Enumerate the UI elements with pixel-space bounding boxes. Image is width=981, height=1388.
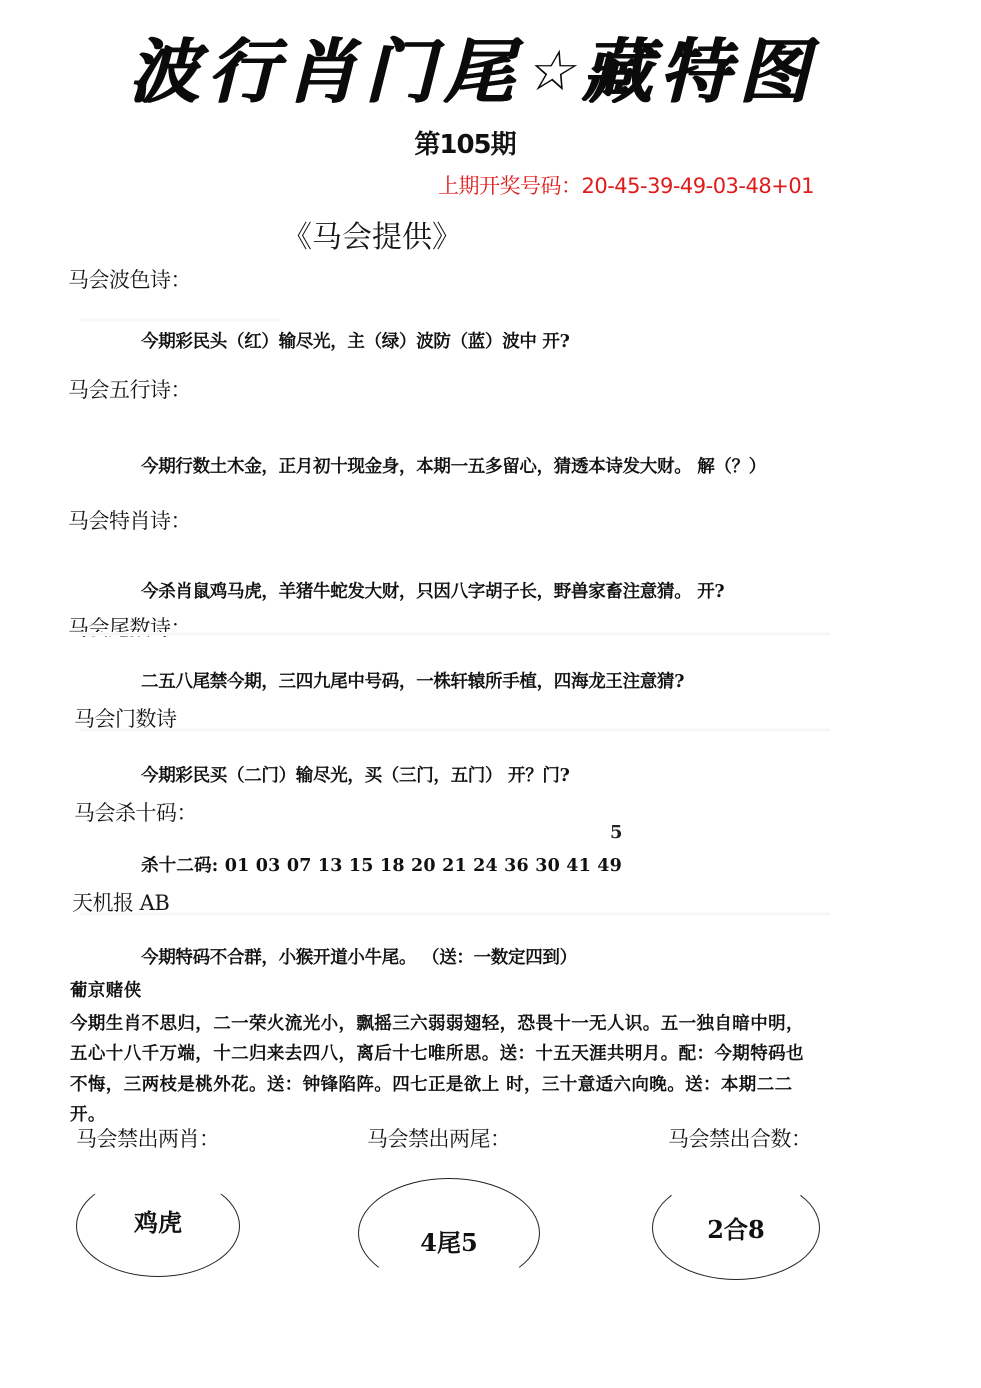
title-char: 藏 xyxy=(579,37,666,107)
forbidden-sum-label: 马会禁出合数： xyxy=(668,1123,812,1153)
five-elements-label: 马会五行诗： xyxy=(68,374,191,404)
tail-number-poem: 二五八尾禁今期，三四九尾中号码，一株轩辕所手植，四海龙王注意猜? xyxy=(141,668,684,693)
special-zodiac-label: 马会特肖诗： xyxy=(68,505,191,535)
tail-number-label: 马会尾数诗： xyxy=(68,612,191,642)
last-draw-numbers: 上期开奖号码：20-45-39-49-03-48+01 xyxy=(438,170,814,200)
scan-artifact xyxy=(80,912,830,916)
stray-mark: 5 xyxy=(610,822,623,843)
kill-ten-label: 马会杀十码： xyxy=(74,797,197,827)
title-char: 波 xyxy=(126,37,213,107)
wave-color-poem: 今期彩民头（红）输尽光，主（绿）波防（蓝）波中 开? xyxy=(141,328,570,353)
pujing-line: 不悔，三两枝是桃外花。送：钟锋陷阵。四七正是欲上 时，三十意适六向晚。送：本期二… xyxy=(70,1071,793,1096)
kill-twelve-numbers: 杀十二码: 01 03 07 13 15 18 20 21 24 36 30 4… xyxy=(141,852,622,877)
pujing-label: 葡京赌侠 xyxy=(70,977,142,1002)
pujing-line: 今期生肖不思归，二一荣火流光小，飘摇三六弱弱翅轻，恐畏十一无人识。五一独自暗中明… xyxy=(70,1010,804,1035)
title-char: 特 xyxy=(658,37,745,107)
pujing-line: 五心十八千万端，十二归来去四八，离后十七唯所思。送：十五天涯共明月。配：今期特码… xyxy=(70,1040,804,1065)
wave-color-label: 马会波色诗： xyxy=(68,264,191,294)
scan-artifact xyxy=(80,728,830,732)
star-icon: ☆ xyxy=(522,44,586,100)
five-elements-poem: 今期行数土木金，正月初十现金身，本期一五多留心，猜透本诗发大财。 解（？） xyxy=(141,453,766,478)
special-zodiac-poem: 今杀肖鼠鸡马虎，羊猪牛蛇发大财，只因八字胡子长，野兽家畜注意猜。 开? xyxy=(141,578,724,603)
forbidden-sum-oval: 2合8 xyxy=(652,1176,820,1280)
title-char: 尾 xyxy=(441,37,528,107)
tianji-poem: 今期特码不合群，小猴开道小牛尾。 （送：一数定四到） xyxy=(141,944,577,969)
title-char: 门 xyxy=(362,37,449,107)
title-char: 行 xyxy=(205,37,292,107)
forbidden-zodiac-label: 马会禁出两肖： xyxy=(76,1123,220,1153)
forbidden-zodiac-value: 鸡虎 xyxy=(134,1203,182,1238)
forbidden-tail-value: 4尾5 xyxy=(420,1223,477,1258)
door-number-poem: 今期彩民买（二门）输尽光，买（三门，五门） 开？门? xyxy=(141,762,570,787)
scan-artifact xyxy=(80,632,830,636)
title-char: 图 xyxy=(736,37,823,107)
forbidden-tail-oval: 4尾5 xyxy=(358,1178,540,1288)
page-title: 波 行 肖 门 尾 ☆ 藏 特 图 xyxy=(135,22,815,122)
title-char: 肖 xyxy=(284,37,371,107)
issue-number: 第105期 xyxy=(0,124,930,161)
provider-label: 《马会提供》 xyxy=(282,212,462,256)
forbidden-sum-value: 2合8 xyxy=(707,1210,764,1245)
forbidden-tail-label: 马会禁出两尾： xyxy=(367,1123,511,1153)
scan-artifact xyxy=(80,318,280,322)
forbidden-zodiac-oval: 鸡虎 xyxy=(76,1175,240,1277)
